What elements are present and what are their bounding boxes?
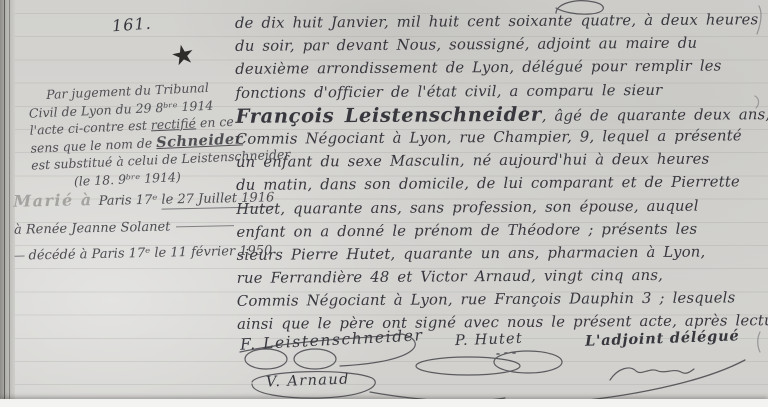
- hutet-paraphe-loop: [416, 357, 520, 375]
- hutet-paraphe-loop: [494, 351, 562, 373]
- flourish-dash: [176, 225, 234, 227]
- father-paraphe-loop: [294, 349, 336, 369]
- declarant-name: François Leistenschneider: [236, 102, 542, 127]
- married-stamp: Marié à: [13, 190, 93, 211]
- act-line: sieurs Pierre Hutet, quarante un ans, ph…: [236, 240, 768, 267]
- act-line: Hutet, quarante ans, sans profession, so…: [236, 194, 768, 221]
- scan-bottom-border: [0, 399, 768, 407]
- act-line: du matin, dans son domicile, de lui comp…: [236, 170, 768, 197]
- edge-ink-mark: [758, 332, 760, 352]
- marriage-place: Paris 17ᵉ: [99, 193, 158, 209]
- rectified-word: rectifié: [151, 115, 197, 132]
- star-icon: ★: [168, 38, 198, 73]
- handwriting-layer: 161. ★ Par jugement du Tribunal Civil de…: [0, 0, 768, 407]
- margin-rectification-note: Par jugement du Tribunal Civil de Lyon d…: [28, 77, 247, 191]
- official-signature-squiggle: [610, 368, 694, 380]
- act-line-text: , âgé de quarante deux ans,: [542, 106, 768, 125]
- rectification-text: en ce: [196, 114, 234, 131]
- signature-witness-arnaud: V. Arnaud: [266, 372, 350, 391]
- flourish-dash-small: [15, 256, 25, 257]
- record-number: 161.: [111, 14, 152, 36]
- signature-witness-hutet: P. Hutet: [455, 331, 523, 349]
- act-body-text: de dix huit Janvier, mil huit cent soixa…: [235, 8, 768, 336]
- act-line: deuxième arrondissement de Lyon, délégué…: [235, 55, 767, 82]
- spouse-name: à Renée Jeanne Solanet: [14, 219, 171, 237]
- scanned-register-page: 161. ★ Par jugement du Tribunal Civil de…: [0, 0, 768, 407]
- hutet-paraphe-dots: [497, 353, 515, 354]
